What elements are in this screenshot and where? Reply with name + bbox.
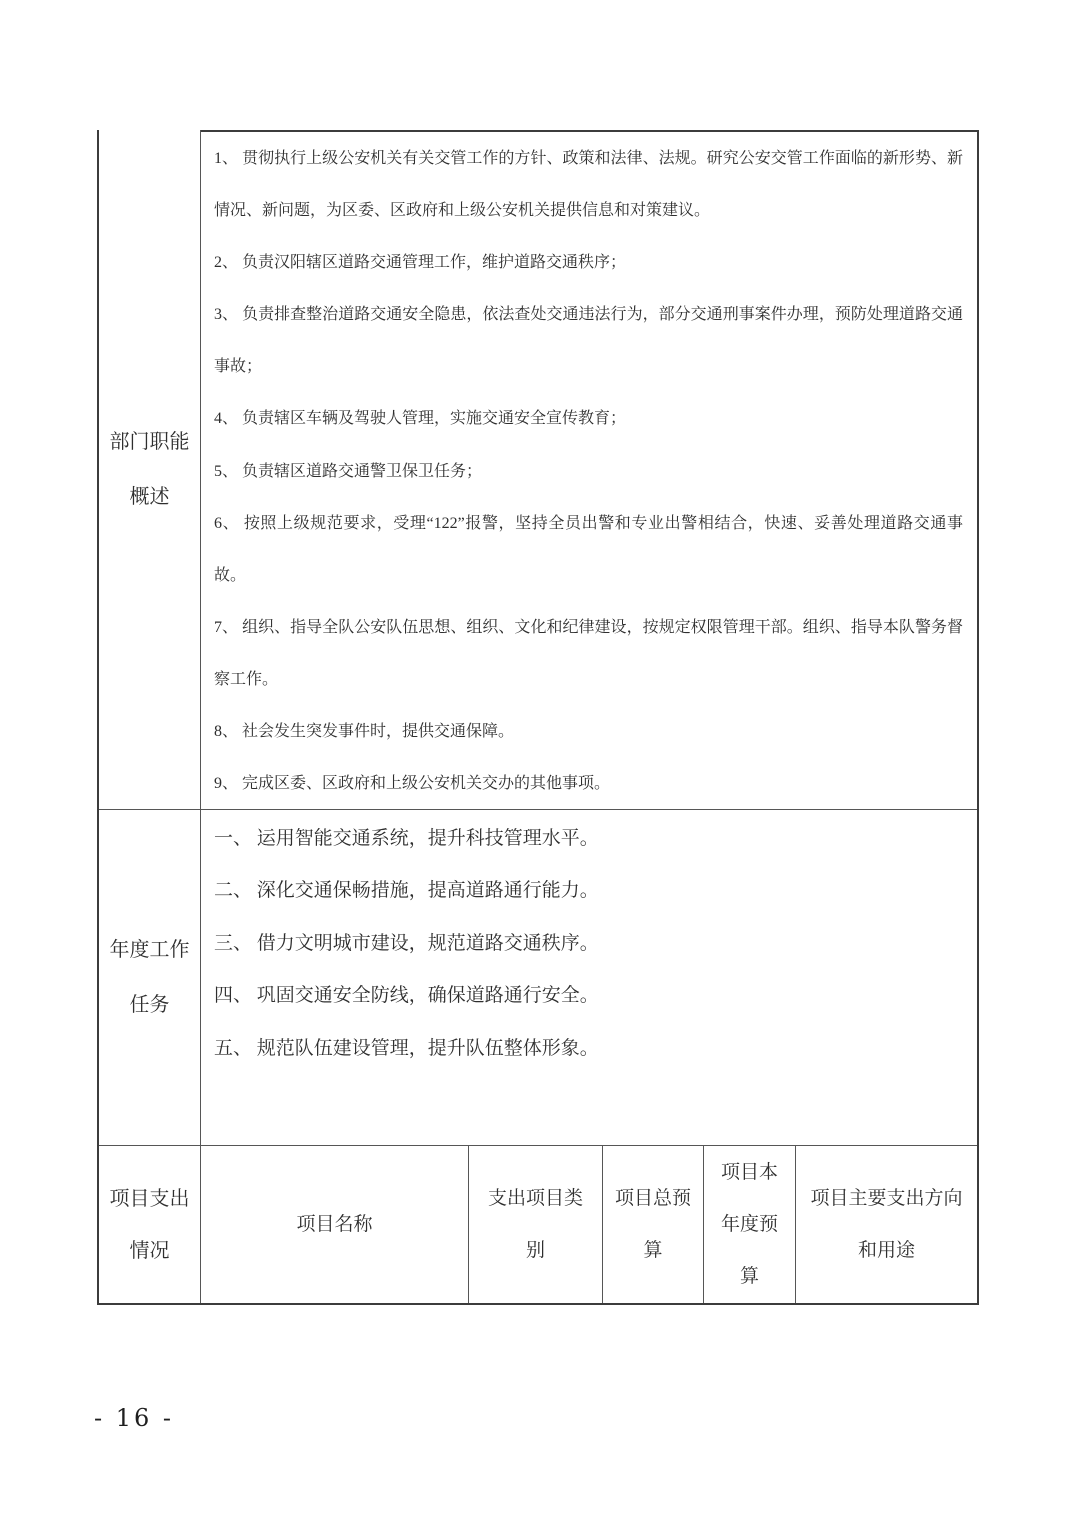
- task-item-2: 二、 深化交通保畅措施，提高道路通行能力。: [214, 865, 963, 917]
- column-header-main-direction-usage: 项目主要支出方向 和用途: [796, 1146, 977, 1303]
- task-item-4: 四、 巩固交通安全防线，确保道路通行安全。: [214, 970, 963, 1022]
- task-item-3: 三、 借力文明城市建设，规范道路交通秩序。: [214, 918, 963, 970]
- column-header-current-year-budget: 项目本 年度预 算: [704, 1146, 796, 1303]
- table-row-project-expenditure: 项目支出 情况 项目名称 支出项目类 别 项目总预 算 项目本 年度预 算 项目…: [99, 1146, 977, 1303]
- function-item-5: 5、 负责辖区道路交通警卫保卫任务；: [214, 446, 963, 498]
- row-label-department-functions: 部门职能 概述: [99, 130, 201, 809]
- function-item-1: 1、 贯彻执行上级公安机关有关交管工作的方针、政策和法律、法规。研究公安交管工作…: [214, 133, 963, 237]
- document-page: 部门职能 概述 1、 贯彻执行上级公安机关有关交管工作的方针、政策和法律、法规。…: [0, 0, 1074, 1520]
- annual-tasks-content: 一、 运用智能交通系统，提升科技管理水平。 二、 深化交通保畅措施，提高道路通行…: [201, 810, 977, 1145]
- column-header-total-budget: 项目总预 算: [603, 1146, 704, 1303]
- function-item-3: 3、 负责排查整治道路交通安全隐患，依法查处交通违法行为，部分交通刑事案件办理，…: [214, 289, 963, 393]
- table-row-annual-tasks: 年度工作 任务 一、 运用智能交通系统，提升科技管理水平。 二、 深化交通保畅措…: [99, 810, 977, 1146]
- function-item-2: 2、 负责汉阳辖区道路交通管理工作，维护道路交通秩序；: [214, 237, 963, 289]
- function-item-8: 8、 社会发生突发事件时，提供交通保障。: [214, 706, 963, 758]
- page-number: - 16 -: [94, 1404, 174, 1432]
- row-label-project-expenditure: 项目支出 情况: [99, 1146, 201, 1303]
- function-item-9: 9、 完成区委、区政府和上级公安机关交办的其他事项。: [214, 758, 963, 809]
- task-item-1: 一、 运用智能交通系统，提升科技管理水平。: [214, 813, 963, 865]
- department-functions-content: 1、 贯彻执行上级公安机关有关交管工作的方针、政策和法律、法规。研究公安交管工作…: [201, 130, 977, 809]
- function-item-6: 6、 按照上级规范要求，受理“122”报警，坚持全员出警和专业出警相结合，快速、…: [214, 498, 963, 602]
- column-header-project-name: 项目名称: [201, 1146, 469, 1303]
- column-header-expenditure-category: 支出项目类 别: [469, 1146, 603, 1303]
- table-row-department-functions: 部门职能 概述 1、 贯彻执行上级公安机关有关交管工作的方针、政策和法律、法规。…: [99, 130, 977, 810]
- function-item-4: 4、 负责辖区车辆及驾驶人管理，实施交通安全宣传教育；: [214, 393, 963, 445]
- function-item-7: 7、 组织、指导全队公安队伍思想、组织、文化和纪律建设，按规定权限管理干部。组织…: [214, 602, 963, 706]
- row-label-annual-tasks: 年度工作 任务: [99, 810, 201, 1145]
- budget-info-table: 部门职能 概述 1、 贯彻执行上级公安机关有关交管工作的方针、政策和法律、法规。…: [97, 130, 979, 1305]
- task-item-5: 五、 规范队伍建设管理，提升队伍整体形象。: [214, 1023, 963, 1075]
